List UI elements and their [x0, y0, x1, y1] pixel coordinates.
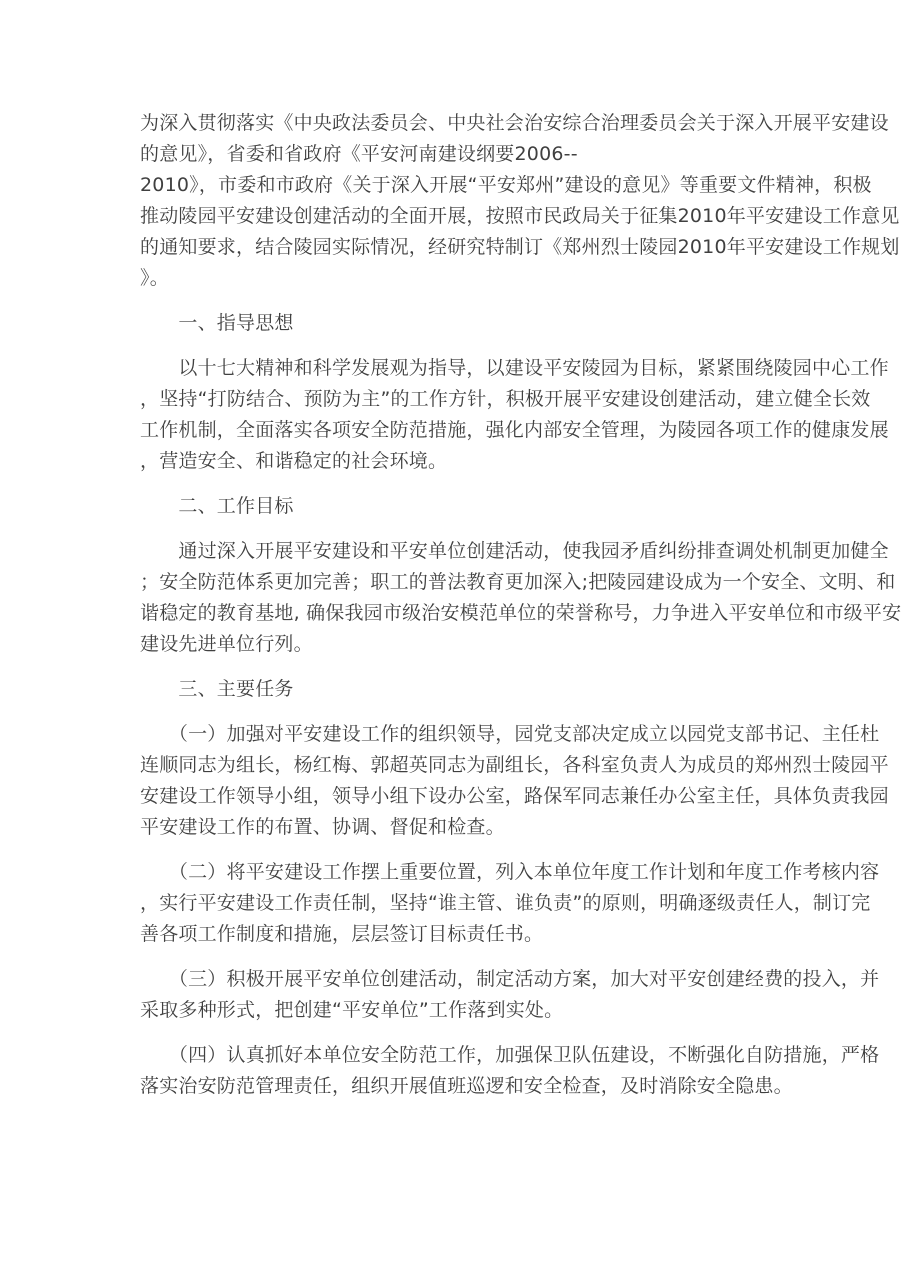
text-line: ，营造安全、和谐稳定的社会环境。 — [140, 446, 792, 477]
text-line: （一）加强对平安建设工作的组织领导，园党支部决定成立以园党支部书记、主任杜 — [140, 719, 792, 750]
task-4-paragraph: （四）认真抓好本单位安全防范工作，加强保卫队伍建设，不断强化自防措施，严格落实治… — [140, 1040, 792, 1102]
text-line: 二、工作目标 — [140, 491, 792, 522]
text-line: （三）积极开展平安单位创建活动，制定活动方案，加大对平安创建经费的投入，并 — [140, 964, 792, 995]
text-line: 为深入贯彻落实《中央政法委员会、中央社会治安综合治理委员会关于深入开展平安建设 — [140, 108, 792, 139]
text-line: （二）将平安建设工作摆上重要位置，列入本单位年度工作计划和年度工作考核内容 — [140, 857, 792, 888]
section-3-heading: 三、主要任务 — [140, 674, 792, 705]
text-line: 善各项工作制度和措施，层层签订目标责任书。 — [140, 919, 792, 950]
text-line: 连顺同志为组长，杨红梅、郭超英同志为副组长，各科室负责人为成员的郑州烈士陵园平 — [140, 750, 792, 781]
text-line: 通过深入开展平安建设和平安单位创建活动，使我园矛盾纠纷排查调处机制更加健全 — [140, 536, 792, 567]
text-line: 工作机制，全面落实各项安全防范措施，强化内部安全管理，为陵园各项工作的健康发展 — [140, 415, 792, 446]
text-line: 落实治安防范管理责任，组织开展值班巡逻和安全检查，及时消除安全隐患。 — [140, 1071, 792, 1102]
document-page: 为深入贯彻落实《中央政法委员会、中央社会治安综合治理委员会关于深入开展平安建设的… — [0, 0, 920, 1276]
task-1-paragraph: （一）加强对平安建设工作的组织领导，园党支部决定成立以园党支部书记、主任杜连顺同… — [140, 719, 792, 843]
section-1-paragraph: 以十七大精神和科学发展观为指导，以建设平安陵园为目标，紧紧围绕陵园中心工作，坚持… — [140, 353, 792, 477]
text-line: ，实行平安建设工作责任制，坚持“谁主管、谁负责”的原则，明确逐级责任人，制订完 — [140, 888, 792, 919]
text-line: 推动陵园平安建设创建活动的全面开展，按照市民政局关于征集2010年平安建设工作意… — [140, 201, 792, 232]
intro-paragraph: 为深入贯彻落实《中央政法委员会、中央社会治安综合治理委员会关于深入开展平安建设的… — [140, 108, 792, 294]
task-3-paragraph: （三）积极开展平安单位创建活动，制定活动方案，加大对平安创建经费的投入，并采取多… — [140, 964, 792, 1026]
section-2-paragraph: 通过深入开展平安建设和平安单位创建活动，使我园矛盾纠纷排查调处机制更加健全；安全… — [140, 536, 792, 660]
section-2-heading: 二、工作目标 — [140, 491, 792, 522]
text-line: 一、指导思想 — [140, 308, 792, 339]
task-2-paragraph: （二）将平安建设工作摆上重要位置，列入本单位年度工作计划和年度工作考核内容，实行… — [140, 857, 792, 950]
text-line: ；安全防范体系更加完善；职工的普法教育更加深入;把陵园建设成为一个安全、文明、和 — [140, 567, 792, 598]
text-line: 的通知要求，结合陵园实际情况，经研究特制订《郑州烈士陵园2010年平安建设工作规… — [140, 232, 792, 263]
text-line: 以十七大精神和科学发展观为指导，以建设平安陵园为目标，紧紧围绕陵园中心工作 — [140, 353, 792, 384]
text-line: 2010》，市委和市政府《关于深入开展“平安郑州”建设的意见》等重要文件精神，积… — [140, 170, 792, 201]
text-line: 平安建设工作的布置、协调、督促和检查。 — [140, 812, 792, 843]
text-line: 谐稳定的教育基地, 确保我园市级治安模范单位的荣誉称号，力争进入平安单位和市级平… — [140, 598, 792, 629]
text-line: 安建设工作领导小组，领导小组下设办公室，路保军同志兼任办公室主任，具体负责我园 — [140, 781, 792, 812]
section-1-heading: 一、指导思想 — [140, 308, 792, 339]
text-line: 建设先进单位行列。 — [140, 629, 792, 660]
text-line: 采取多种形式，把创建“平安单位”工作落到实处。 — [140, 995, 792, 1026]
text-line: （四）认真抓好本单位安全防范工作，加强保卫队伍建设，不断强化自防措施，严格 — [140, 1040, 792, 1071]
text-line: 的意见》，省委和省政府《平安河南建设纲要2006-- — [140, 139, 792, 170]
text-line: ，坚持“打防结合、预防为主”的工作方针，积极开展平安建设创建活动，建立健全长效 — [140, 384, 792, 415]
text-line: 》。 — [140, 263, 792, 294]
text-line: 三、主要任务 — [140, 674, 792, 705]
document-content: 为深入贯彻落实《中央政法委员会、中央社会治安综合治理委员会关于深入开展平安建设的… — [0, 0, 920, 1102]
